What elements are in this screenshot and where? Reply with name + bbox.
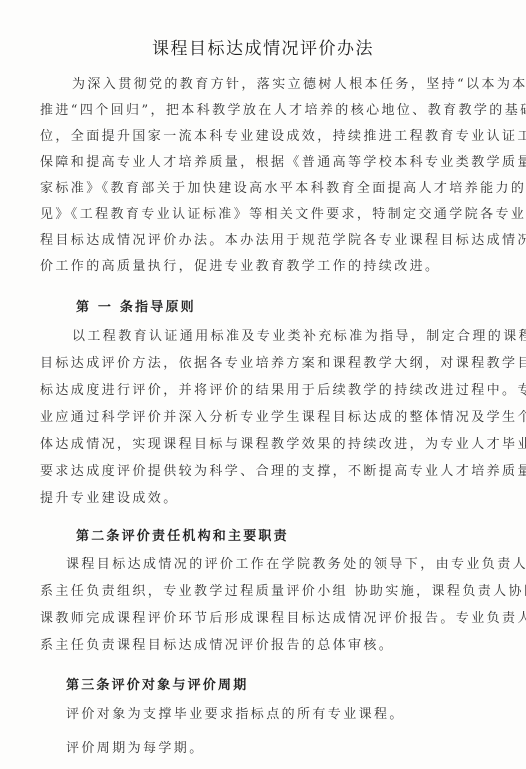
paragraph-line: 课程目标达成情况的评价工作在学院教务处的领导下，由专业负责人、 [66,553,500,572]
paragraph-line: 家标准》《教育部关于加快建设高水平本科教育全面提高人才培养能力的意 [40,177,500,196]
paragraph-line: 评价对象为支撑毕业要求指标点的所有专业课程。 [66,703,405,722]
paragraph-line: 系主任负责组织，专业教学过程质量评价小组 协助实施，课程负责人协同任 [40,580,500,599]
paragraph-line: 位，全面提升国家一流本科专业建设成效，持续推进工程教育专业认证工作， [40,125,500,144]
paragraph-line: 目标达成评价方法，依据各专业培养方案和课程教学大纲，对课程教学目 [40,352,500,371]
section-heading: 第 一 条指导原则 [76,296,196,315]
paragraph-line: 标达成度进行评价，并将评价的结果用于后续教学的持续改进过程中。专 [40,379,500,398]
document-title: 课程目标达成情况评价办法 [0,34,526,59]
paragraph-line: 程目标达成情况评价办法。本办法用于规范学院各专业课程目标达成情况评 [40,229,500,248]
paragraph-line: 见》《工程教育专业认证标准》等相关文件要求，特制定交通学院各专业课 [40,203,500,222]
paragraph-line: 体达成情况，实现课程目标与课程教学效果的持续改进，为专业人才毕业 [40,433,500,452]
section-heading: 第二条评价责任机构和主要职责 [76,525,289,544]
paragraph-line: 课教师完成课程评价环节后形成课程目标达成情况评价报告。专业负责人、 [40,607,500,626]
paragraph-line: 为深入贯彻党的教育方针，落实立德树人根本任务，坚持“以本为本”、 [72,73,500,92]
paragraph-line: 要求达成度评价提供较为科学、合理的支撑，不断提高专业人才培养质量， [40,460,500,479]
document-page: 课程目标达成情况评价办法 为深入贯彻党的教育方针，落实立德树人根本任务，坚持“以… [0,0,526,769]
paragraph-line: 保障和提高专业人才培养质量，根据《普通高等学校本科专业类教学质量国 [40,151,500,170]
paragraph-line: 业应通过科学评价并深入分析专业学生课程目标达成的整体情况及学生个 [40,406,500,425]
paragraph-line: 价工作的高质量执行，促进专业教育教学工作的持续改进。 [40,255,500,274]
paragraph-line: 以工程教育认证通用标准及专业类补充标准为指导，制定合理的课程 [72,325,500,344]
paragraph-line: 评价周期为每学期。 [66,737,205,756]
paragraph-line: 系主任负责课程目标达成情况评价报告的总体审核。 [40,634,500,653]
paragraph-line: 推进“四个回归”，把本科教学放在人才培养的核心地位、教育教学的基础地 [40,99,500,118]
section-heading: 第三条评价对象与评价周期 [66,674,248,693]
paragraph-line: 提升专业建设成效。 [40,487,500,506]
